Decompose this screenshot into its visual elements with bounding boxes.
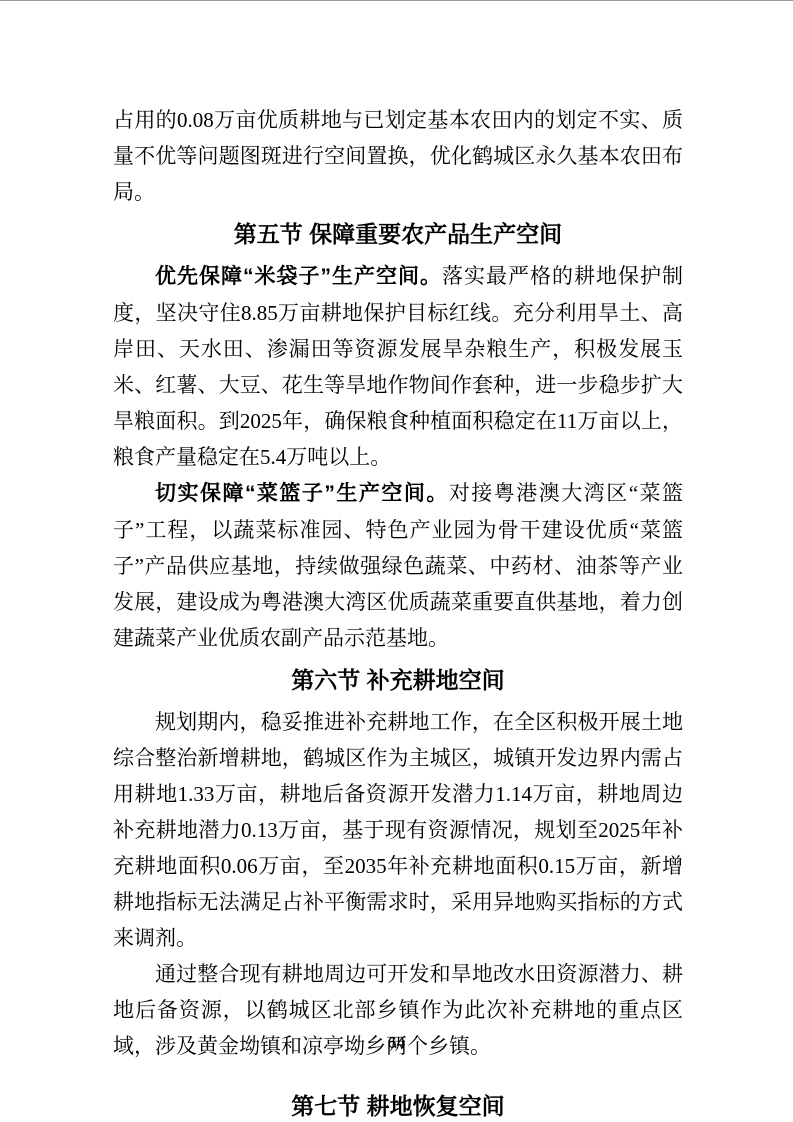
- section5-heading: 第五节 保障重要农产品生产空间: [113, 216, 683, 252]
- page-number: 64: [0, 1035, 793, 1053]
- rice-bag-lead: 优先保障“米袋子”生产空间。: [155, 265, 442, 288]
- paragraph-continuation: 占用的0.08万亩优质耕地与已划定基本农田内的划定不实、质量不优等问题图斑进行空…: [113, 102, 683, 210]
- paragraph-supplement-farmland-plan: 规划期内，稳妥推进补充耕地工作，在全区积极开展土地综合整治新增耕地，鹤城区作为主…: [113, 704, 683, 956]
- document-page: 占用的0.08万亩优质耕地与已划定基本农田内的划定不实、质量不优等问题图斑进行空…: [0, 0, 793, 1122]
- section6-heading: 第六节 补充耕地空间: [113, 662, 683, 698]
- page-content: 占用的0.08万亩优质耕地与已划定基本农田内的划定不实、质量不优等问题图斑进行空…: [113, 102, 683, 1122]
- vegetable-basket-lead: 切实保障“菜篮子”生产空间。: [155, 482, 449, 505]
- section7-heading: 第七节 耕地恢复空间: [113, 1088, 683, 1122]
- paragraph-rice-bag: 优先保障“米袋子”生产空间。落实最严格的耕地保护制度，坚决守住8.85万亩耕地保…: [113, 258, 683, 475]
- vegetable-basket-text: 对接粤港澳大湾区“菜篮子”工程，以蔬菜标准园、特色产业园为骨干建设优质“菜篮子”…: [113, 481, 683, 650]
- paragraph-vegetable-basket: 切实保障“菜篮子”生产空间。对接粤港澳大湾区“菜篮子”工程，以蔬菜标准园、特色产…: [113, 475, 683, 656]
- rice-bag-text: 落实最严格的耕地保护制度，坚决守住8.85万亩耕地保护目标红线。充分利用旱土、高…: [113, 264, 683, 469]
